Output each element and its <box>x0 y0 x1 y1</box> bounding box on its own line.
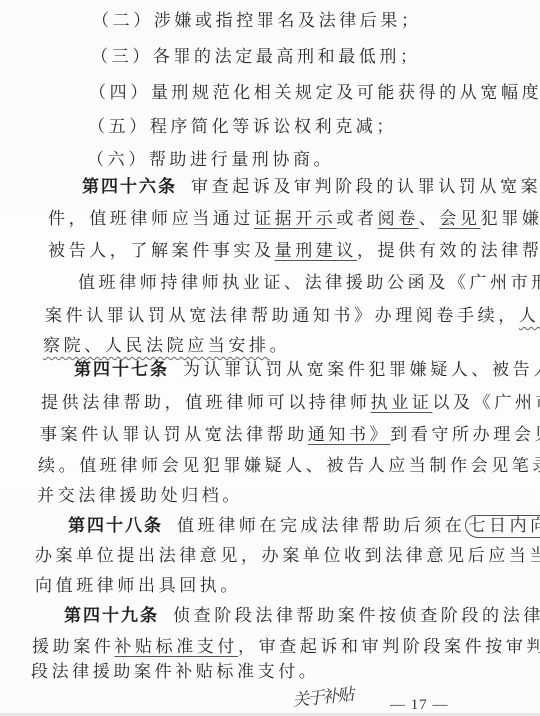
underlined-text: 证据开示 <box>254 209 336 229</box>
list-number: （五） <box>88 117 150 137</box>
article-49-line-3: 段法律援助案件补贴标准支付。 <box>31 662 319 682</box>
article-text: 或者 <box>336 209 377 229</box>
article-text: 段法律援助案件补贴标准支付。 <box>31 662 319 682</box>
article-49-line-1: 第四十九条侦查阶段法律帮助案件按侦查阶段的法律 <box>64 606 540 626</box>
article-46-line-2: 件，值班律师应当通过证据开示或者阅卷、会见犯罪嫌疑人、 <box>48 209 540 229</box>
article-46-line-3: 被告人，了解案件事实及量刑建议，提供有效的法律帮助。 <box>48 241 540 261</box>
list-text: 量刑规范化相关规定及可能获得的从宽幅度； <box>151 83 540 103</box>
underlined-text: 通知书》 <box>308 425 390 445</box>
article-47-line-4: 续。值班律师会见犯罪嫌疑人、被告人应当制作会见笔录， <box>38 456 540 476</box>
article-46-para-2-line-2: 案件认罪认罚从宽法律帮助通知书》办理阅卷手续，人民检 <box>45 306 540 326</box>
list-number: （二） <box>92 11 154 31</box>
wavy-underlined-text: 人民检 <box>519 306 540 326</box>
article-text: 并交法律援助处归档。 <box>37 486 243 506</box>
article-text: 审查起诉及审判阶段的认罪认罚从宽案 <box>191 177 540 197</box>
article-text: 被告人，了解案件事实及 <box>48 241 275 261</box>
article-47-line-1: 第四十七条为认罪认罚从宽案件犯罪嫌疑人、被告人 <box>74 360 540 380</box>
article-48-line-3: 向值班律师出具回执。 <box>35 576 241 596</box>
article-text: 。 <box>270 336 291 356</box>
article-46-line-1: 第四十六条审查起诉及审判阶段的认罪认罚从宽案 <box>82 177 540 197</box>
list-item-6: （六）帮助进行量刑协商。 <box>87 150 334 170</box>
article-text: 件，值班律师应当通过 <box>48 209 254 229</box>
underlined-text: 会见 <box>439 209 480 229</box>
article-46-heading: 第四十六条 <box>82 177 177 197</box>
article-47-line-5: 并交法律援助处归档。 <box>37 486 243 506</box>
underlined-text: 阅卷 <box>378 209 419 229</box>
article-text: 案件认罪认罚从宽法律帮助通知书》办理阅卷手续， <box>45 306 519 326</box>
page-number: — 17 — <box>390 697 449 714</box>
list-number: （四） <box>89 83 151 103</box>
article-48-line-2: 办案单位提出法律意见，办案单位收到法律意见后应当当场 <box>35 546 540 566</box>
article-49-line-2: 援助案件补贴标准支付，审查起诉和审判阶段案件按审判阶 <box>32 637 540 657</box>
underlined-text: 执业证 <box>371 393 433 413</box>
article-text: ，审查起诉和审判阶段案件按审判阶 <box>238 637 540 657</box>
article-text: 援助案件 <box>32 637 114 657</box>
article-text: ，提供有效的法律帮助。 <box>357 241 540 261</box>
list-item-3: （三）各罪的法定最高刑和最低刑； <box>91 47 421 67</box>
article-48-line-1: 第四十八条值班律师在完成法律帮助后须在七日内向 <box>68 516 540 536</box>
circled-text: 七日内向 <box>465 515 540 538</box>
article-49-heading: 第四十九条 <box>64 606 159 626</box>
wavy-underlined-text: 察院、人民法院应当安排 <box>43 336 270 356</box>
list-text: 各罪的法定最高刑和最低刑； <box>153 47 421 67</box>
article-47-heading: 第四十七条 <box>74 360 169 380</box>
list-item-5: （五）程序简化等诉讼权利克减； <box>88 117 397 137</box>
article-text: 值班律师持律师执业证、法律援助公函及《广州市刑事 <box>78 273 540 293</box>
list-text: 程序简化等诉讼权利克减； <box>150 117 397 137</box>
document-page: （二）涉嫌或指控罪名及法律后果； （三）各罪的法定最高刑和最低刑； （四）量刑规… <box>0 0 540 716</box>
list-text: 涉嫌或指控罪名及法律后果； <box>154 11 422 31</box>
article-text: 、 <box>419 209 440 229</box>
article-text: 办案单位提出法律意见，办案单位收到法律意见后应当当场 <box>35 546 540 566</box>
article-text: 值班律师在完成法律帮助后须在 <box>177 516 465 536</box>
article-text: 事案件认罪认罚从宽法律帮助 <box>40 425 308 445</box>
underlined-text: 补贴标准支付 <box>114 637 238 657</box>
underlined-text: 量刑建议 <box>275 241 357 261</box>
list-item-4: （四）量刑规范化相关规定及可能获得的从宽幅度； <box>89 83 540 103</box>
article-text: 提供法律帮助，值班律师可以持律师 <box>41 393 371 413</box>
list-number: （六） <box>87 150 149 170</box>
article-text: 犯罪嫌疑人、 <box>481 209 540 229</box>
handwritten-note: 关于补贴 <box>291 680 353 711</box>
article-47-line-2: 提供法律帮助，值班律师可以持律师执业证以及《广州市刑 <box>41 393 540 413</box>
article-text: 向值班律师出具回执。 <box>35 576 241 596</box>
list-text: 帮助进行量刑协商。 <box>149 150 334 170</box>
article-48-heading: 第四十八条 <box>68 516 163 536</box>
list-item-2: （二）涉嫌或指控罪名及法律后果； <box>92 11 422 31</box>
article-text: 到看守所办理会见手 <box>390 425 540 445</box>
article-47-line-3: 事案件认罪认罚从宽法律帮助通知书》到看守所办理会见手 <box>40 425 540 445</box>
article-46-para-2-line-1: 值班律师持律师执业证、法律援助公函及《广州市刑事 <box>78 273 540 293</box>
list-number: （三） <box>91 47 153 67</box>
article-text: 侦查阶段法律帮助案件按侦查阶段的法律 <box>173 606 540 626</box>
article-text: 为认罪认罚从宽案件犯罪嫌疑人、被告人 <box>183 360 540 380</box>
article-46-para-2-line-3: 察院、人民法院应当安排。 <box>43 336 290 356</box>
article-text: 以及《广州市刑 <box>432 393 540 413</box>
article-text: 续。值班律师会见犯罪嫌疑人、被告人应当制作会见笔录， <box>38 456 540 476</box>
